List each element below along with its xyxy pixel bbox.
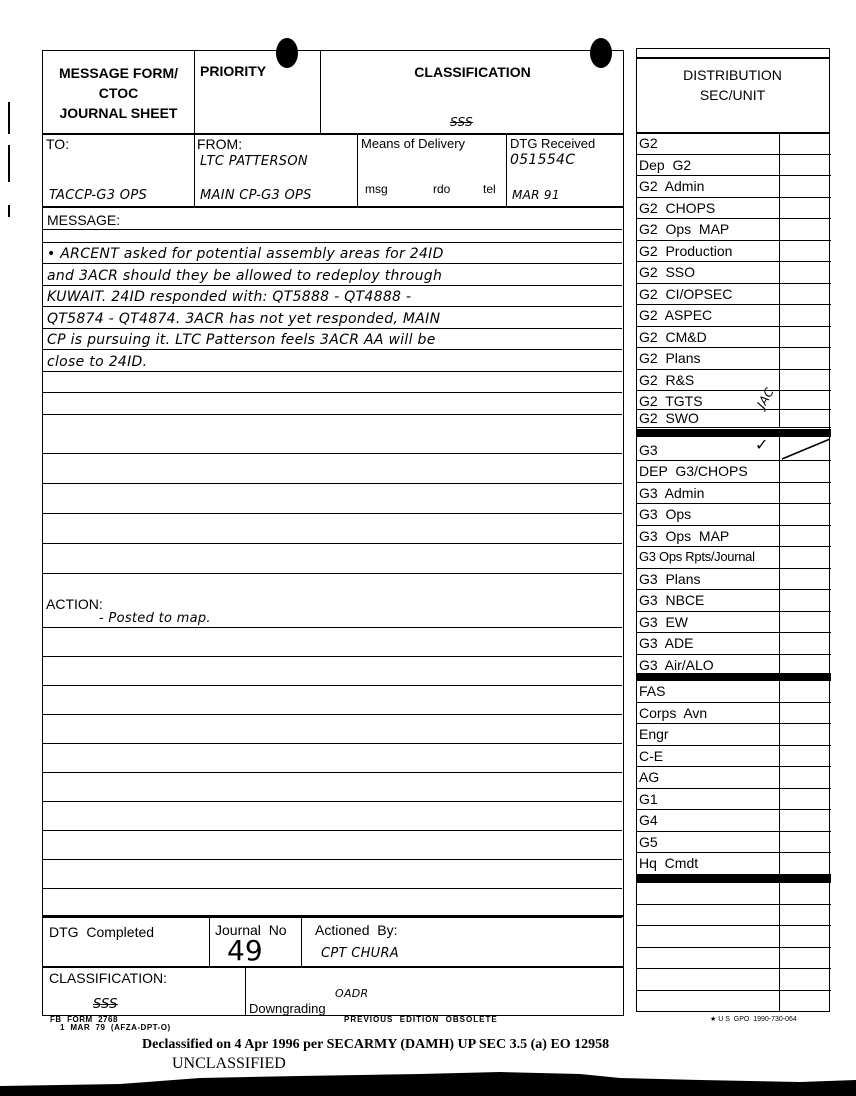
dist-checkbox[interactable] [779,590,831,611]
dist-checkbox[interactable] [779,133,831,154]
distribution-group-g3: G3 ✓ DEP G3/CHOPS G3 Admin G3 Ops G3 Ops… [637,437,831,677]
dist-checkbox[interactable] [779,241,831,262]
dist-row-g3-nbce[interactable]: G3 NBCE [637,590,831,612]
downgrading-value: OADR [335,987,369,1000]
dist-checkbox[interactable] [779,832,831,853]
dist-checkbox[interactable] [779,767,831,788]
message-line: close to 24ID. [43,350,622,372]
dist-row-g5[interactable]: G5 [637,832,831,854]
message-line [43,424,622,454]
message-line: • ARCENT asked for potential assembly ar… [43,243,622,265]
classification-label: CLASSIFICATION [320,64,625,80]
dtg-completed-cell[interactable]: DTG Completed [43,916,210,966]
to-value: TACCP-G3 OPS [49,188,147,203]
dist-checkbox[interactable] [779,969,831,990]
group-divider [637,429,831,437]
dist-row-g3-plans[interactable]: G3 Plans [637,569,831,591]
dist-row-g1[interactable]: G1 [637,789,831,811]
dist-row-g3-ops[interactable]: G3 Ops [637,504,831,526]
dist-checkbox[interactable] [779,370,831,391]
message-line [43,372,622,394]
dist-row-g2-production[interactable]: G2 Production [637,241,831,263]
dist-row-g3-ew[interactable]: G3 EW [637,612,831,634]
message-label: MESSAGE: [47,212,120,228]
message-line: KUWAIT. 24ID responded with: QT5888 - QT… [43,286,622,308]
from-unit: MAIN CP-G3 OPS [200,188,312,203]
message-line: and 3ACR should they be allowed to redep… [43,264,622,286]
dist-checkbox[interactable] [779,789,831,810]
dist-checkbox[interactable] [779,410,831,427]
dist-row-g3-ops-rpts-journal[interactable]: G3 Ops Rpts/Journal [637,547,831,569]
dtg-completed-label: DTG Completed [49,924,154,940]
dist-checkbox[interactable] [779,262,831,283]
dist-row-blank[interactable] [637,905,831,927]
dtg-received-cell[interactable]: DTG Received 051554C MAR 91 [506,134,625,206]
dist-row-ag[interactable]: AG [637,767,831,789]
priority-label: PRIORITY [200,63,266,79]
dist-checkbox[interactable] [779,569,831,590]
form-id-line-2: 1 MAR 79 (AFZA-DPT-O) [50,1024,171,1032]
distribution-group-blank [637,883,831,1013]
action-line [43,628,622,657]
group-divider [637,875,831,883]
dist-row-g3-ops-map[interactable]: G3 Ops MAP [637,526,831,548]
distribution-group-g2: G2 Dep G2 G2 Admin G2 CHOPS G2 Ops MAP G… [637,133,831,433]
message-line: QT5874 - QT4874. 3ACR has not yet respon… [43,307,622,329]
form-title-line-3: JOURNAL SHEET [43,103,194,123]
journal-no-cell[interactable]: Journal No 49 [209,916,302,966]
dist-checkbox[interactable] [779,219,831,240]
message-line [43,454,622,484]
dist-checkbox[interactable] [779,883,831,904]
check-slash-icon [780,437,832,461]
dist-row-g2-aspec[interactable]: G2 ASPEC [637,305,831,327]
distribution-title-line-2: SEC/UNIT [637,85,828,105]
g3-checkmark: ✓ [755,435,769,454]
dtg-received-month: MAR 91 [512,188,560,202]
dist-row-g2-tgts[interactable]: G2 TGTS [637,391,831,410]
means-option-rdo[interactable]: rdo [433,182,450,196]
dist-row-g2[interactable]: G2 [637,133,831,155]
dist-checkbox[interactable] [779,655,831,676]
dist-checkbox[interactable] [779,176,831,197]
dist-row-g2-rs[interactable]: G2 R&S [637,370,831,392]
action-line: - Posted to map. [43,606,622,628]
dist-row-fas[interactable]: FAS [637,681,831,703]
dist-checkbox[interactable] [779,926,831,947]
action-line [43,831,622,860]
actioned-by-cell[interactable]: Actioned By: CPT CHURA [301,916,625,966]
form-title-line-1: MESSAGE FORM/ [43,63,194,83]
dist-checkbox[interactable] [779,810,831,831]
form-id: FB FORM 2768 1 MAR 79 (AFZA-DPT-O) [50,1016,171,1032]
dist-row-blank[interactable] [637,969,831,991]
to-label: TO: [46,136,69,152]
scan-mark [8,102,10,134]
from-cell[interactable]: FROM: LTC PATTERSON MAIN CP-G3 OPS [194,134,358,206]
action-line [43,744,622,773]
dist-checkbox[interactable] [779,703,831,724]
dist-checkbox[interactable] [779,198,831,219]
dist-checkbox[interactable] [779,461,831,482]
footer-classification-label: CLASSIFICATION: [49,970,167,986]
scan-mark [8,145,10,182]
dist-checkbox[interactable] [779,853,831,874]
to-cell[interactable]: TO: TACCP-G3 OPS [43,134,195,206]
dist-checkbox[interactable] [779,348,831,369]
form-title-cell: MESSAGE FORM/ CTOC JOURNAL SHEET [43,51,195,133]
dist-row-dep-g2[interactable]: Dep G2 [637,155,831,177]
action-line [43,802,622,831]
dist-row-g2-ops-map[interactable]: G2 Ops MAP [637,219,831,241]
distribution-title-line-1: DISTRIBUTION [637,65,828,85]
priority-cell[interactable]: PRIORITY [194,51,321,133]
scan-edge-artifact [0,1066,856,1096]
dist-row-g3-admin[interactable]: G3 Admin [637,483,831,505]
footer-classification-value: SSS [93,997,118,1012]
dist-checkbox[interactable] [779,724,831,745]
dtg-received-label: DTG Received [510,136,595,151]
footer-classification-cell[interactable]: CLASSIFICATION: SSS [43,967,246,1015]
dtg-received-value: 051554C [510,152,575,168]
dist-checkbox[interactable] [779,612,831,633]
downgrading-cell[interactable]: OADR Downgrading [245,967,625,1015]
dist-row-g4[interactable]: G4 [637,810,831,832]
dist-row-blank[interactable] [637,948,831,970]
dist-checkbox[interactable] [779,905,831,926]
dist-checkbox[interactable] [779,526,831,547]
dist-checkbox[interactable] [779,948,831,969]
action-line [43,657,622,686]
distribution-panel: DISTRIBUTION SEC/UNIT G2 Dep G2 G2 Admin… [636,48,830,1012]
journal-no-value: 49 [227,934,263,967]
dist-row-g2-sso[interactable]: G2 SSO [637,262,831,284]
previous-edition-obsolete: PREVIOUS EDITION OBSOLETE [344,1015,498,1024]
message-line: CP is pursuing it. LTC Patterson feels 3… [43,329,622,351]
action-line [43,686,622,715]
dist-row-hq-cmdt[interactable]: Hq Cmdt [637,853,831,875]
dist-checkbox[interactable] [779,483,831,504]
actioned-by-value: CPT CHURA [321,946,399,961]
from-name: LTC PATTERSON [200,154,308,169]
action-line [43,773,622,802]
dist-row-blank[interactable] [637,991,831,1013]
dist-row-g2-ci-opsec[interactable]: G2 CI/OPSEC [637,284,831,306]
dist-checkbox[interactable] [779,155,831,176]
dist-row-dep-g3-chops[interactable]: DEP G3/CHOPS [637,461,831,483]
dist-row-g2-admin[interactable]: G2 Admin [637,176,831,198]
distribution-title: DISTRIBUTION SEC/UNIT [637,65,828,105]
classification-value: SSS [450,115,473,129]
scan-mark [8,205,10,217]
dist-checkbox[interactable] [779,633,831,654]
dist-row-engr[interactable]: Engr [637,724,831,746]
dist-checkbox[interactable] [779,746,831,767]
message-line [43,514,622,544]
dist-row-g2-chops[interactable]: G2 CHOPS [637,198,831,220]
dist-row-blank[interactable] [637,883,831,905]
dist-row-g3[interactable]: G3 [637,437,831,461]
dist-checkbox[interactable] [779,305,831,326]
means-option-tel[interactable]: tel [483,182,496,196]
message-line [43,484,622,514]
action-section[interactable]: ACTION: - Posted to map. [43,596,622,916]
action-line [43,860,622,889]
dist-checkbox[interactable] [779,327,831,348]
actioned-by-label: Actioned By: [315,922,398,938]
declassification-statement: Declassified on 4 Apr 1996 per SECARMY (… [142,1037,609,1053]
downgrading-label: Downgrading [249,1001,326,1016]
dist-row-g2-plans[interactable]: G2 Plans [637,348,831,370]
means-of-delivery-cell[interactable]: Means of Delivery msg rdo tel [357,134,507,206]
dist-checkbox[interactable] [779,504,831,525]
message-section[interactable]: MESSAGE: • ARCENT asked for potential as… [43,208,622,601]
classification-cell[interactable]: CLASSIFICATION SSS [320,51,625,133]
dist-checkbox[interactable] [779,284,831,305]
dist-row-corps-avn[interactable]: Corps Avn [637,703,831,725]
dist-row-g2-cmd[interactable]: G2 CM&D [637,327,831,349]
from-label: FROM: [197,136,242,152]
dist-row-g2-swo[interactable]: G2 SWO [637,410,831,428]
dist-row-c-e[interactable]: C-E [637,746,831,768]
journal-form: MESSAGE FORM/ CTOC JOURNAL SHEET PRIORIT… [42,50,624,1016]
dist-checkbox[interactable] [779,991,831,1013]
message-line [43,544,622,574]
dist-row-g3-ade[interactable]: G3 ADE [637,633,831,655]
message-line [43,393,622,415]
dist-checkbox[interactable] [779,681,831,702]
dist-checkbox[interactable] [779,437,831,460]
dist-row-blank[interactable] [637,926,831,948]
distribution-group-staff: FAS Corps Avn Engr C-E AG G1 G4 G5 Hq Cm… [637,681,831,881]
dist-checkbox[interactable] [779,547,831,568]
action-line [43,715,622,744]
gpo-code: ★ U S GPO 1990-730-064 [710,1015,797,1023]
means-label: Means of Delivery [361,136,465,151]
dist-checkbox[interactable] [779,391,831,409]
form-title-line-2: CTOC [43,83,194,103]
action-line [43,889,622,918]
means-option-msg[interactable]: msg [365,182,388,196]
group-divider [637,673,831,681]
